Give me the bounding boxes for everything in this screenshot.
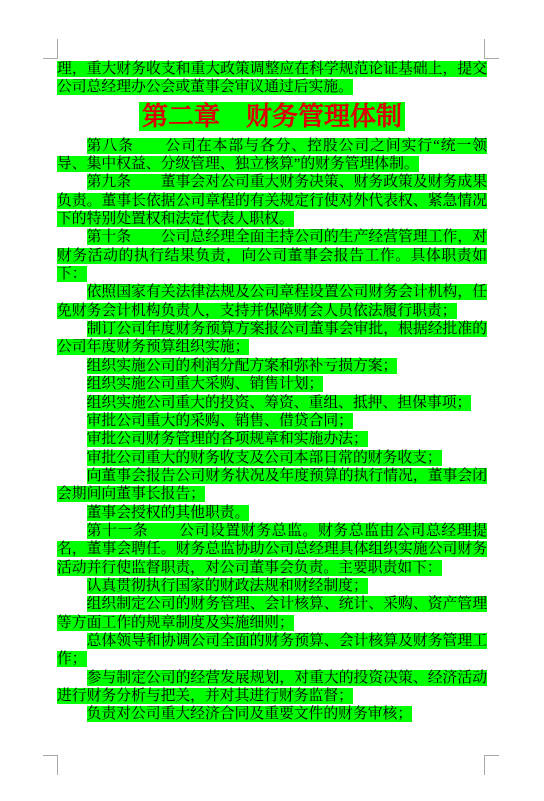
- paragraph[interactable]: 第八条 公司在本部与各分、控股公司之间实行“统一领导、集中权益、分级管理、独立核…: [57, 137, 487, 174]
- paragraph-text: 组织实施公司重大采购、销售计划；: [87, 376, 324, 392]
- paragraph[interactable]: 制订公司年度财务预算方案报公司董事会审批，根据经批准的公司年度财务预算组织实施；: [57, 320, 487, 357]
- paragraph-text: 第八条 公司在本部与各分、控股公司之间实行“统一领导、集中权益、分级管理、独立核…: [57, 138, 487, 172]
- paragraph-text: 审批公司重大的财务收支及公司本部日常的财务收支；: [87, 450, 442, 466]
- paragraph-text: 认真贯彻执行国家的财政法规和财经制度；: [87, 578, 368, 594]
- paragraph[interactable]: 审批公司重大的采购、销售、借贷合同；: [57, 412, 487, 430]
- paragraph[interactable]: 组织实施公司重大的投资、筹资、重组、抵押、担保事项；: [57, 394, 487, 412]
- paragraph-text: 理，重大财务收支和重大政策调整应在科学规范论证基础上，提交公司总经理办公会或董事…: [57, 61, 487, 95]
- text-boundary-mark-top-left: [43, 39, 58, 59]
- paragraph-text: 总体领导和协调公司全面的财务预算、会计核算及财务管理工作；: [57, 633, 487, 667]
- text-area[interactable]: 理，重大财务收支和重大政策调整应在科学规范论证基础上，提交公司总经理办公会或董事…: [57, 60, 487, 724]
- paragraph[interactable]: 依照国家有关法律法规及公司章程设置公司财务会计机构，任免财务会计机构负责人，支持…: [57, 283, 487, 320]
- paragraph[interactable]: 负责对公司重大经济合同及重要文件的财务审核；: [57, 705, 487, 723]
- paragraph-text: 组织实施公司的利润分配方案和弥补亏损方案；: [87, 358, 398, 374]
- paragraph[interactable]: 第十条 公司总经理全面主持公司的生产经营管理工作，对财务活动的执行结果负责，向公…: [57, 228, 487, 283]
- paragraph[interactable]: 总体领导和协调公司全面的财务预算、会计核算及财务管理工作；: [57, 632, 487, 669]
- document-page[interactable]: 理，重大财务收支和重大政策调整应在科学规范论证基础上，提交公司总经理办公会或董事…: [0, 0, 544, 801]
- paragraph-text: 审批公司重大的采购、销售、借贷合同；: [87, 413, 353, 429]
- paragraph[interactable]: 组织实施公司的利润分配方案和弥补亏损方案；: [57, 357, 487, 375]
- paragraph-text: 向董事会报告公司财务状况及年度预算的执行情况，董事会闭会期间向董事长报告；: [57, 468, 487, 502]
- paragraph[interactable]: 审批公司重大的财务收支及公司本部日常的财务收支；: [57, 449, 487, 467]
- paragraph[interactable]: 第十一条 公司设置财务总监。财务总监由公司总经理提名，董事会聘任。财务总监协助公…: [57, 522, 487, 577]
- paragraph-text: 第二章 财务管理体制: [139, 102, 405, 131]
- text-boundary-mark-bottom-left: [43, 755, 58, 775]
- paragraph[interactable]: 第九条 董事会对公司重大财务决策、财务政策及财务成果负责。董事长依据公司章程的有…: [57, 173, 487, 228]
- paragraph-text: 负责对公司重大经济合同及重要文件的财务审核；: [87, 706, 413, 722]
- paragraph-text: 第十一条 公司设置财务总监。财务总监由公司总经理提名，董事会聘任。财务总监协助公…: [57, 523, 487, 576]
- paragraph[interactable]: 向董事会报告公司财务状况及年度预算的执行情况，董事会闭会期间向董事长报告；: [57, 467, 487, 504]
- paragraph-text: 依照国家有关法律法规及公司章程设置公司财务会计机构，任免财务会计机构负责人，支持…: [57, 284, 487, 318]
- paragraph-text: 组织实施公司重大的投资、筹资、重组、抵押、担保事项；: [87, 395, 472, 411]
- paragraph-text: 参与制定公司的经营发展规划，对重大的投资决策、经济活动进行财务分析与把关，并对其…: [57, 670, 487, 704]
- paragraph-text: 组织制定公司的财务管理、会计核算、统计、采购、资产管理等方面工作的规章制度及实施…: [57, 596, 487, 630]
- paragraph[interactable]: 组织制定公司的财务管理、会计核算、统计、采购、资产管理等方面工作的规章制度及实施…: [57, 595, 487, 632]
- paragraph-text: 审批公司财务管理的各项规章和实施办法；: [87, 431, 368, 447]
- paragraph-text: 董事会授权的其他职责。: [87, 505, 250, 521]
- paragraph[interactable]: 理，重大财务收支和重大政策调整应在科学规范论证基础上，提交公司总经理办公会或董事…: [57, 60, 487, 97]
- paragraph[interactable]: 参与制定公司的经营发展规划，对重大的投资决策、经济活动进行财务分析与把关，并对其…: [57, 669, 487, 706]
- paragraph-text: 制订公司年度财务预算方案报公司董事会审批，根据经批准的公司年度财务预算组织实施；: [57, 321, 487, 355]
- paragraph[interactable]: 组织实施公司重大采购、销售计划；: [57, 375, 487, 393]
- paragraph[interactable]: 认真贯彻执行国家的财政法规和财经制度；: [57, 577, 487, 595]
- paragraph[interactable]: 董事会授权的其他职责。: [57, 504, 487, 522]
- chapter-title[interactable]: 第二章 财务管理体制: [57, 99, 487, 134]
- paragraph-text: 第九条 董事会对公司重大财务决策、财务政策及财务成果负责。董事长依据公司章程的有…: [57, 174, 487, 227]
- paragraph[interactable]: 审批公司财务管理的各项规章和实施办法；: [57, 430, 487, 448]
- paragraph-text: 第十条 公司总经理全面主持公司的生产经营管理工作，对财务活动的执行结果负责，向公…: [57, 229, 487, 282]
- text-boundary-mark-top-right: [484, 39, 499, 59]
- text-boundary-mark-bottom-right: [484, 755, 499, 775]
